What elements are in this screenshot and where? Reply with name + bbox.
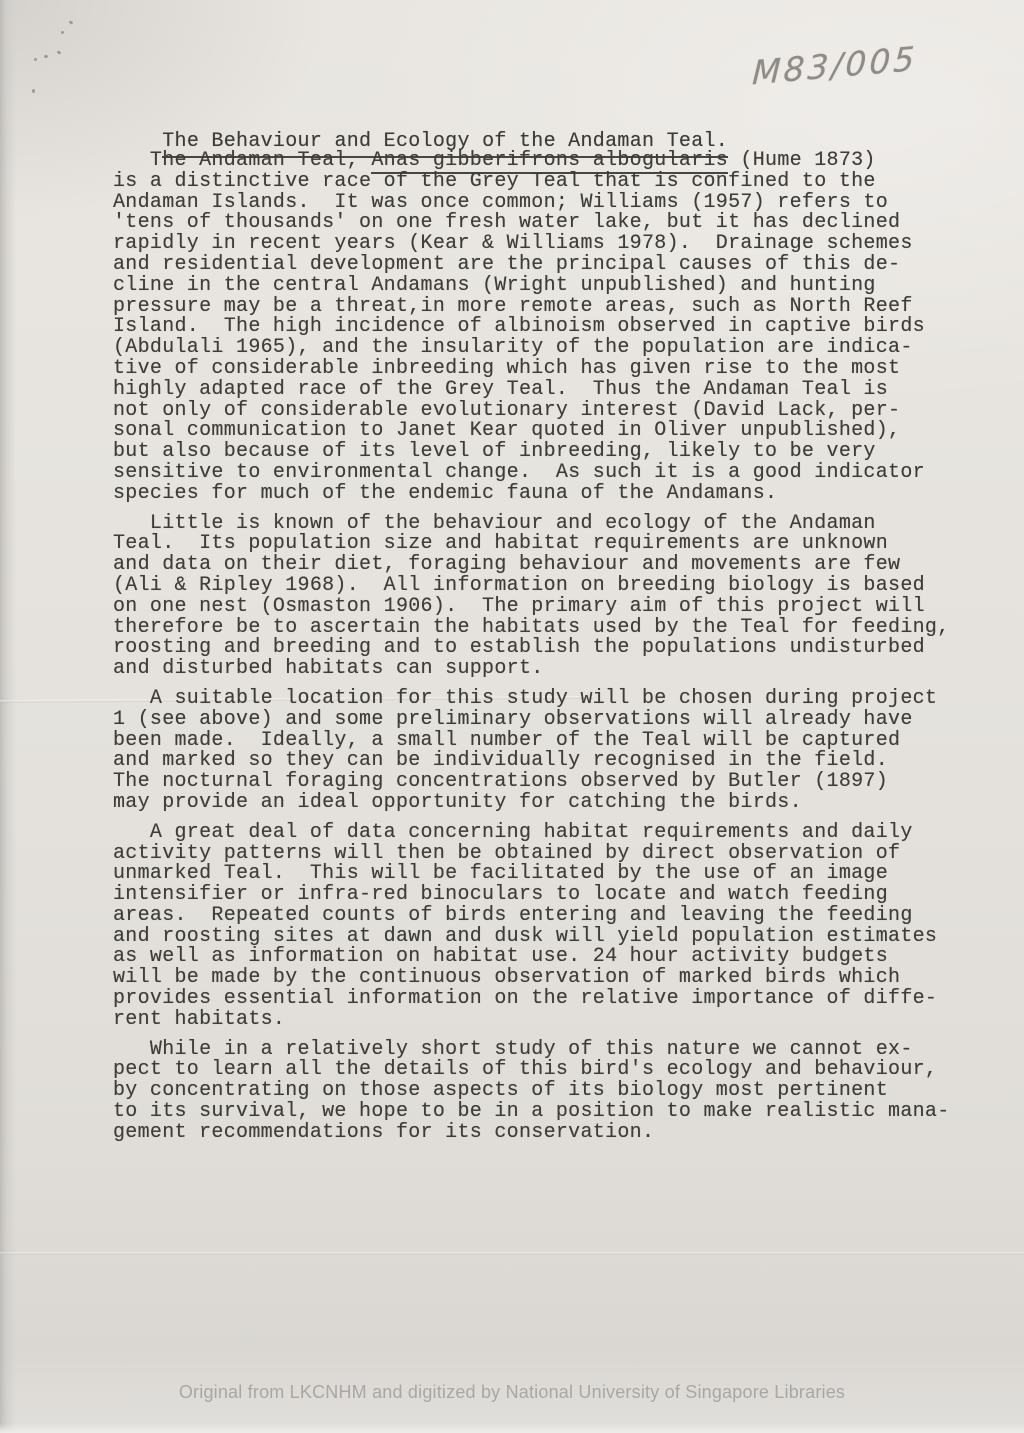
text-line: The nocturnal foraging concentrations ob… xyxy=(113,772,993,793)
digitization-footer: Original from LKCNHM and digitized by Na… xyxy=(0,1382,1024,1403)
text-line: to its survival, we hope to be in a posi… xyxy=(113,1102,993,1123)
text-line: A suitable location for this study will … xyxy=(113,689,993,710)
text-line: Teal. Its population size and habitat re… xyxy=(113,534,993,555)
document-body: The Andaman Teal, Anas gibberifrons albo… xyxy=(113,151,993,1153)
text-line: sensitive to environmental change. As su… xyxy=(113,463,993,484)
text-line: been made. Ideally, a small number of th… xyxy=(113,731,993,752)
archive-number-annotation: M83/005 xyxy=(751,39,918,93)
paragraph: A great deal of data concerning habitat … xyxy=(113,823,993,1031)
text-line: not only of considerable evolutionary in… xyxy=(113,401,993,422)
text-line: cline in the central Andamans (Wright un… xyxy=(113,276,993,297)
text-line: A great deal of data concerning habitat … xyxy=(113,823,993,844)
text-line: and marked so they can be individually r… xyxy=(113,751,993,772)
text-line: may provide an ideal opportunity for cat… xyxy=(113,793,993,814)
text-line: on one nest (Osmaston 1906). The primary… xyxy=(113,597,993,618)
paragraph: The Andaman Teal, Anas gibberifrons albo… xyxy=(113,151,993,505)
text-line: and disturbed habitats can support. xyxy=(113,659,993,680)
staple-mark xyxy=(69,20,74,25)
staple-mark xyxy=(57,50,62,55)
text-line: 'tens of thousands' on one fresh water l… xyxy=(113,213,993,234)
text-line: (Ali & Ripley 1968). All information on … xyxy=(113,576,993,597)
text-line: activity patterns will then be obtained … xyxy=(113,844,993,865)
text-line: species for much of the endemic fauna of… xyxy=(113,484,993,505)
text-line: While in a relatively short study of thi… xyxy=(113,1040,993,1061)
text-line: tive of considerable inbreeding which ha… xyxy=(113,359,993,380)
text-line: and residential development are the prin… xyxy=(113,255,993,276)
staple-mark xyxy=(32,89,35,93)
staple-mark xyxy=(34,58,37,61)
scan-left-edge xyxy=(0,0,16,1433)
text-line: but also because of its level of inbreed… xyxy=(113,442,993,463)
text-line: Andaman Islands. It was once common; Wil… xyxy=(113,193,993,214)
text-line: 1 (see above) and some preliminary obser… xyxy=(113,710,993,731)
text-line: pressure may be a threat,in more remote … xyxy=(113,297,993,318)
text-line: will be made by the continuous observati… xyxy=(113,968,993,989)
paper-crease xyxy=(0,1252,1024,1255)
staple-mark xyxy=(44,55,48,58)
text-line: roosting and breeding and to establish t… xyxy=(113,638,993,659)
paragraph: A suitable location for this study will … xyxy=(113,689,993,814)
text-line: (Abdulali 1965), and the insularity of t… xyxy=(113,338,993,359)
text-line: rapidly in recent years (Kear & Williams… xyxy=(113,234,993,255)
staple-mark xyxy=(61,31,64,34)
scan-bottom-edge xyxy=(0,1423,1024,1433)
text-line: and roosting sites at dawn and dusk will… xyxy=(113,927,993,948)
text-line: highly adapted race of the Grey Teal. Th… xyxy=(113,380,993,401)
text-line: and data on their diet, foraging behavio… xyxy=(113,555,993,576)
text-line: sonal communication to Janet Kear quoted… xyxy=(113,421,993,442)
text-line: as well as information on habitat use. 2… xyxy=(113,947,993,968)
text-line: Little is known of the behaviour and eco… xyxy=(113,514,993,535)
text-line: unmarked Teal. This will be facilitated … xyxy=(113,864,993,885)
text-line: is a distinctive race of the Grey Teal t… xyxy=(113,172,993,193)
paragraph: Little is known of the behaviour and eco… xyxy=(113,514,993,680)
text-line: areas. Repeated counts of birds entering… xyxy=(113,906,993,927)
text-line: Island. The high incidence of albinoism … xyxy=(113,317,993,338)
text-line: pect to learn all the details of this bi… xyxy=(113,1060,993,1081)
text-line: therefore be to ascertain the habitats u… xyxy=(113,618,993,639)
document-page: M83/005 The Behaviour and Ecology of the… xyxy=(0,0,1024,1433)
text-line: rent habitats. xyxy=(113,1010,993,1031)
text-line: by concentrating on those aspects of its… xyxy=(113,1081,993,1102)
text-segment: The Andaman Teal, xyxy=(113,149,371,172)
text-segment: (Hume 1873) xyxy=(728,149,876,172)
text-line: The Andaman Teal, Anas gibberifrons albo… xyxy=(113,151,993,172)
text-line: gement recommendations for its conservat… xyxy=(113,1123,993,1144)
text-line: provides essential information on the re… xyxy=(113,989,993,1010)
paragraph: While in a relatively short study of thi… xyxy=(113,1040,993,1144)
text-line: intensifier or infra-red binoculars to l… xyxy=(113,885,993,906)
